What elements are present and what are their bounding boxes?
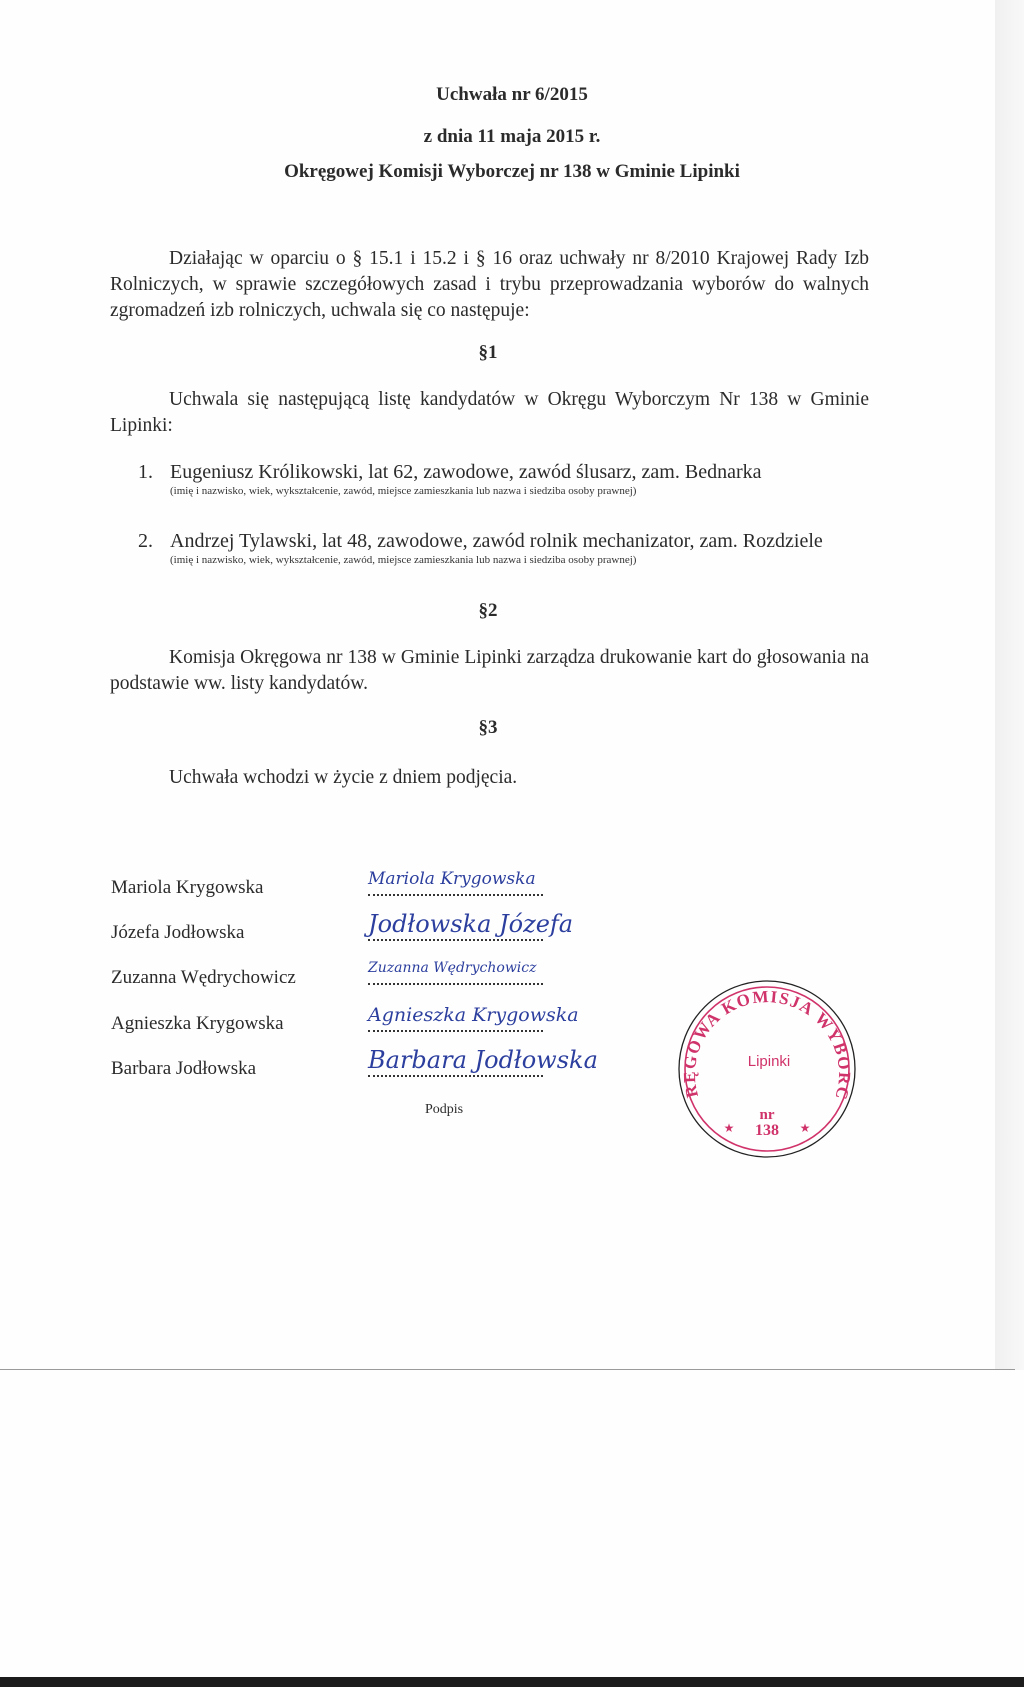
handwritten-signature: Barbara Jodłowska — [368, 1046, 598, 1074]
candidate-text: Eugeniusz Królikowski, lat 62, zawodowe,… — [170, 461, 762, 483]
stamp-number: 138 — [755, 1122, 779, 1139]
stamp-center-text: Lipinki — [748, 1053, 791, 1070]
intro-paragraph: Działając w oparciu o § 15.1 i 15.2 i § … — [110, 246, 869, 324]
section-1-paragraph: Uchwala się następującą listę kandydatów… — [110, 387, 869, 439]
section-2-text: Komisja Okręgowa nr 138 w Gminie Lipinki… — [110, 647, 869, 694]
handwritten-signature: Jodłowska Józefa — [368, 910, 573, 938]
candidate-number: 1. — [138, 460, 170, 484]
scanner-edge — [0, 1677, 1024, 1687]
stamp-nr-label: nr — [760, 1107, 775, 1123]
commission-stamp: OKRĘGOWA KOMISJA WYBORCZA Lipinki nr 138… — [675, 977, 859, 1161]
member-name: Józefa Jodłowska — [111, 922, 245, 944]
member-name: Mariola Krygowska — [111, 877, 264, 899]
section-3-text: Uchwała wchodzi w życie z dniem podjęcia… — [169, 767, 517, 788]
intro-text: Działając w oparciu o § 15.1 i 15.2 i § … — [110, 248, 869, 321]
stamp-ring-text: OKRĘGOWA KOMISJA WYBORCZA — [675, 977, 854, 1103]
candidate-hint: (imię i nazwisko, wiek, wykształcenie, z… — [170, 553, 898, 567]
section-2-paragraph: Komisja Okręgowa nr 138 w Gminie Lipinki… — [110, 645, 869, 697]
signature-line: Barbara Jodłowska — [368, 1057, 543, 1077]
signature-line: Zuzanna Wędrychowicz — [368, 965, 543, 985]
section-1-heading: §1 — [0, 342, 976, 364]
section-3-heading: §3 — [0, 717, 976, 739]
signature-line: Jodłowska Józefa — [368, 921, 543, 941]
handwritten-signature: Agnieszka Krygowska — [368, 1004, 579, 1026]
signature-line: Mariola Krygowska — [368, 876, 543, 896]
signature-label: Podpis — [425, 1102, 463, 1118]
scan-edge-shadow — [995, 0, 1024, 1370]
member-name: Barbara Jodłowska — [111, 1058, 256, 1080]
star-icon: ★ — [724, 1121, 735, 1135]
scanned-page: Uchwała nr 6/2015 z dnia 11 maja 2015 r.… — [0, 0, 1024, 1677]
candidate-item: 1.Eugeniusz Królikowski, lat 62, zawodow… — [138, 460, 898, 498]
signature-line: Agnieszka Krygowska — [368, 1012, 543, 1032]
resolution-issuer: Okręgowej Komisji Wyborczej nr 138 w Gmi… — [0, 161, 1024, 183]
candidate-item: 2.Andrzej Tylawski, lat 48, zawodowe, za… — [138, 529, 898, 567]
handwritten-signature: Zuzanna Wędrychowicz — [368, 960, 537, 976]
section-2-heading: §2 — [0, 600, 976, 622]
member-name: Agnieszka Krygowska — [111, 1013, 284, 1035]
resolution-date: z dnia 11 maja 2015 r. — [0, 126, 1024, 148]
candidate-hint: (imię i nazwisko, wiek, wykształcenie, z… — [170, 484, 898, 498]
star-icon: ★ — [800, 1121, 811, 1135]
handwritten-signature: Mariola Krygowska — [368, 869, 536, 889]
section-1-text: Uchwala się następującą listę kandydatów… — [110, 389, 869, 436]
section-3-paragraph: Uchwała wchodzi w życie z dniem podjęcia… — [110, 765, 869, 791]
candidate-number: 2. — [138, 529, 170, 553]
resolution-title: Uchwała nr 6/2015 — [0, 84, 1024, 106]
candidate-text: Andrzej Tylawski, lat 48, zawodowe, zawó… — [170, 530, 823, 552]
page-fold-line — [0, 1369, 1015, 1370]
member-name: Zuzanna Wędrychowicz — [111, 967, 296, 989]
